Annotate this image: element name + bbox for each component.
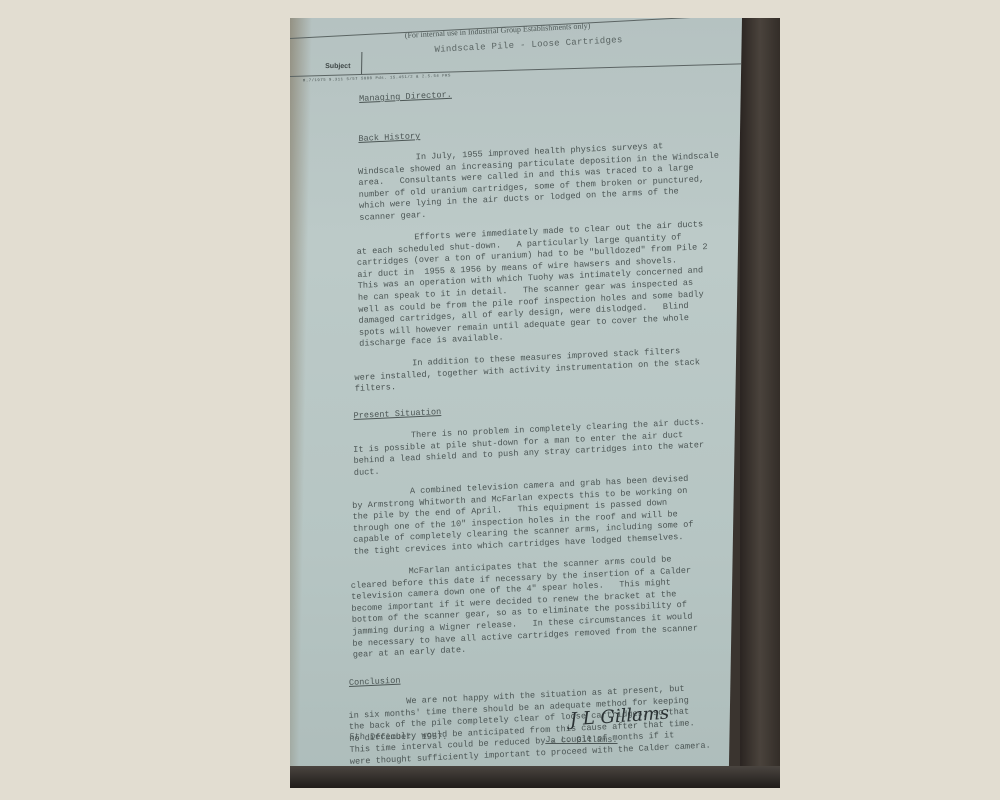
document-photo: (For internal use in Industrial Group Es… [290, 18, 780, 788]
subject-label: Subject [325, 63, 350, 70]
section-heading: Conclusion [349, 675, 401, 689]
binder-edge [740, 18, 780, 788]
paragraph: We are not happy with the situation as a… [348, 682, 730, 769]
subject-title: Windscale Pile - Loose Cartridges [434, 35, 622, 55]
addressee: Managing Director. [359, 90, 452, 106]
memo-page: (For internal use in Industrial Group Es… [290, 18, 742, 776]
section-heading: Present Situation [353, 407, 441, 423]
page-bottom-shadow [290, 766, 780, 788]
paragraph: A combined television camera and grab ha… [352, 472, 734, 559]
paragraph: Efforts were immediately made to clear o… [356, 218, 739, 351]
memo-body: Managing Director. Back HistoryIn July, … [347, 88, 739, 779]
memo-date: 5th December, 1957. [349, 732, 447, 742]
signatory-name: J. L. Gillams. [545, 735, 617, 745]
paragraph: McFarlan anticipates that the scanner ar… [350, 552, 732, 662]
paragraph: In addition to these measures improved s… [354, 343, 735, 395]
subject-bracket [361, 52, 362, 74]
section-heading: Back History [358, 131, 420, 145]
